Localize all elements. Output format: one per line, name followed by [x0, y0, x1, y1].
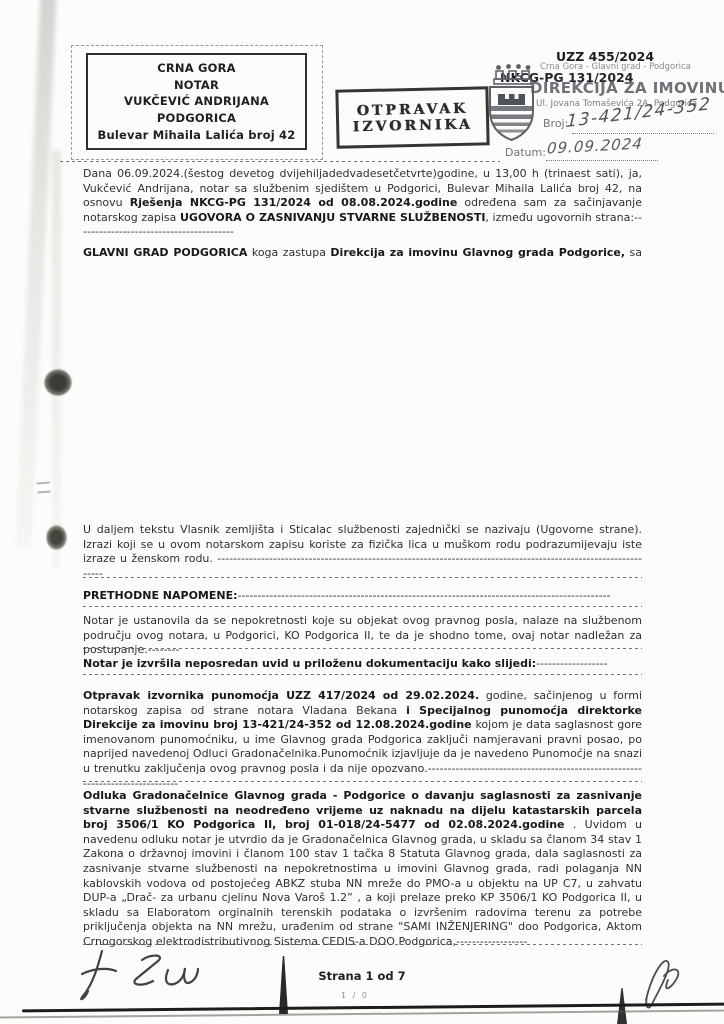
stamp-title: DIREKCIJA ZA IMOVINU: [530, 79, 724, 97]
scan-streak: [15, 0, 56, 550]
section-heading-prethodne-napomene: PRETHODNE NAPOMENE:---------------------…: [83, 589, 642, 604]
section-heading-documentation: Notar je izvršila neposredan uvid u pril…: [83, 657, 642, 672]
header-dashed-rule: [60, 161, 500, 162]
footer-page-counter: 1 / 0: [0, 991, 710, 1000]
dashed-separator: [83, 606, 642, 607]
paragraph-intro: Dana 06.09.2024.(šestog devetog dvijehil…: [83, 167, 642, 240]
coat-of-arms-icon: [483, 63, 540, 145]
binder-hole: [46, 525, 67, 550]
broj-label: Broj:: [543, 117, 568, 130]
otpravak-stamp-line2: IZVORNIKA: [352, 116, 472, 135]
paragraph-definitions: U daljem tekstu Vlasnik zemljišta i Stic…: [83, 523, 642, 581]
notary-header-box: CRNA GORA NOTAR VUKČEVIĆ ANDRIJANA PODGO…: [86, 53, 307, 150]
dashed-separator: [83, 781, 642, 782]
otpravak-izvornika-stamp: OTPRAVAK IZVORNIKA: [335, 86, 489, 148]
binder-hole: [44, 369, 72, 396]
notary-city: PODGORICA: [90, 111, 303, 125]
dashed-separator: [83, 648, 642, 649]
datum-label: Datum:: [505, 146, 546, 159]
dashed-separator: [83, 674, 642, 675]
notary-name: VUKČEVIĆ ANDRIJANA: [90, 94, 303, 108]
dashed-separator: [83, 577, 642, 578]
notary-country: CRNA GORA: [90, 61, 303, 75]
scan-artifact-blade: [279, 956, 288, 1014]
notary-address: Bulevar Mihaila Lalića broj 42: [90, 128, 303, 142]
datum-dotted-line: [546, 160, 658, 161]
footer-page-label: Strana 1 od 7: [0, 969, 724, 983]
paragraph-odluka: Odluka Gradonačelnice Glavnog grada - Po…: [83, 789, 642, 950]
scanned-notarial-document: CRNA GORA NOTAR VUKČEVIĆ ANDRIJANA PODGO…: [0, 0, 724, 1024]
paragraph-parties: GLAVNI GRAD PODGORICA koga zastupa Direk…: [83, 246, 642, 261]
notary-title: NOTAR: [90, 78, 303, 92]
paragraph-jurisdiction: Notar je ustanovila da se nepokretnosti …: [83, 614, 642, 658]
scan-smudge: [37, 482, 51, 494]
scan-streak: [52, 150, 61, 570]
datum-value-handwritten: 09.09.2024: [546, 134, 643, 157]
paragraph-punomocje: Otpravak izvornika punomoćja UZZ 417/202…: [83, 689, 642, 791]
